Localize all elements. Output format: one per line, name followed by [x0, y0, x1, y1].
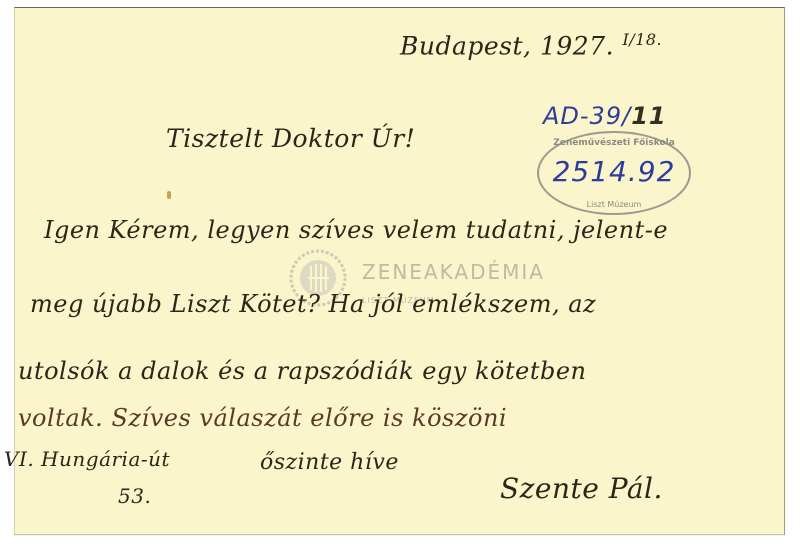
archive-code-suffix: 11 — [631, 102, 666, 130]
signature: Szentе Pál. — [500, 472, 663, 505]
stamp-top-text: Zeneművészeti Főiskola — [539, 138, 689, 148]
letter-line-2: meg újabb Liszt Kötet? Ha jól emlékszem,… — [30, 290, 596, 318]
letter-line-1: Igen Kérem, legyen szíves velem tudatni,… — [44, 216, 668, 244]
stamp-number: 2514.92 — [539, 155, 689, 188]
ink-spot — [167, 191, 171, 199]
closing: őszinte híve — [260, 450, 399, 475]
place-year: Budapest, 1927. — [400, 31, 614, 60]
letter-line-3: utolsók a dalok és a rapszódiák egy köte… — [18, 357, 587, 385]
stamp-bottom-text: Liszt Múzeum — [539, 200, 689, 209]
sender-address-street: VI. Hungária-út — [4, 447, 170, 471]
watermark-title: ZENEAKADÉMIA — [362, 260, 545, 284]
place-date: Budapest, 1927. I/18. — [400, 30, 662, 60]
archive-code: AD-39/11 — [543, 102, 667, 130]
archive-code-main: AD-39/ — [543, 102, 631, 130]
letter-line-4: voltak. Szíves válaszát előre is köszöni — [18, 404, 507, 432]
month-day: I/18. — [622, 30, 662, 49]
salutation: Tisztelt Doktor Úr! — [166, 124, 415, 153]
sender-address-number: 53. — [118, 484, 151, 508]
museum-stamp: Zeneművészeti Főiskola 2514.92 Liszt Múz… — [537, 131, 691, 215]
